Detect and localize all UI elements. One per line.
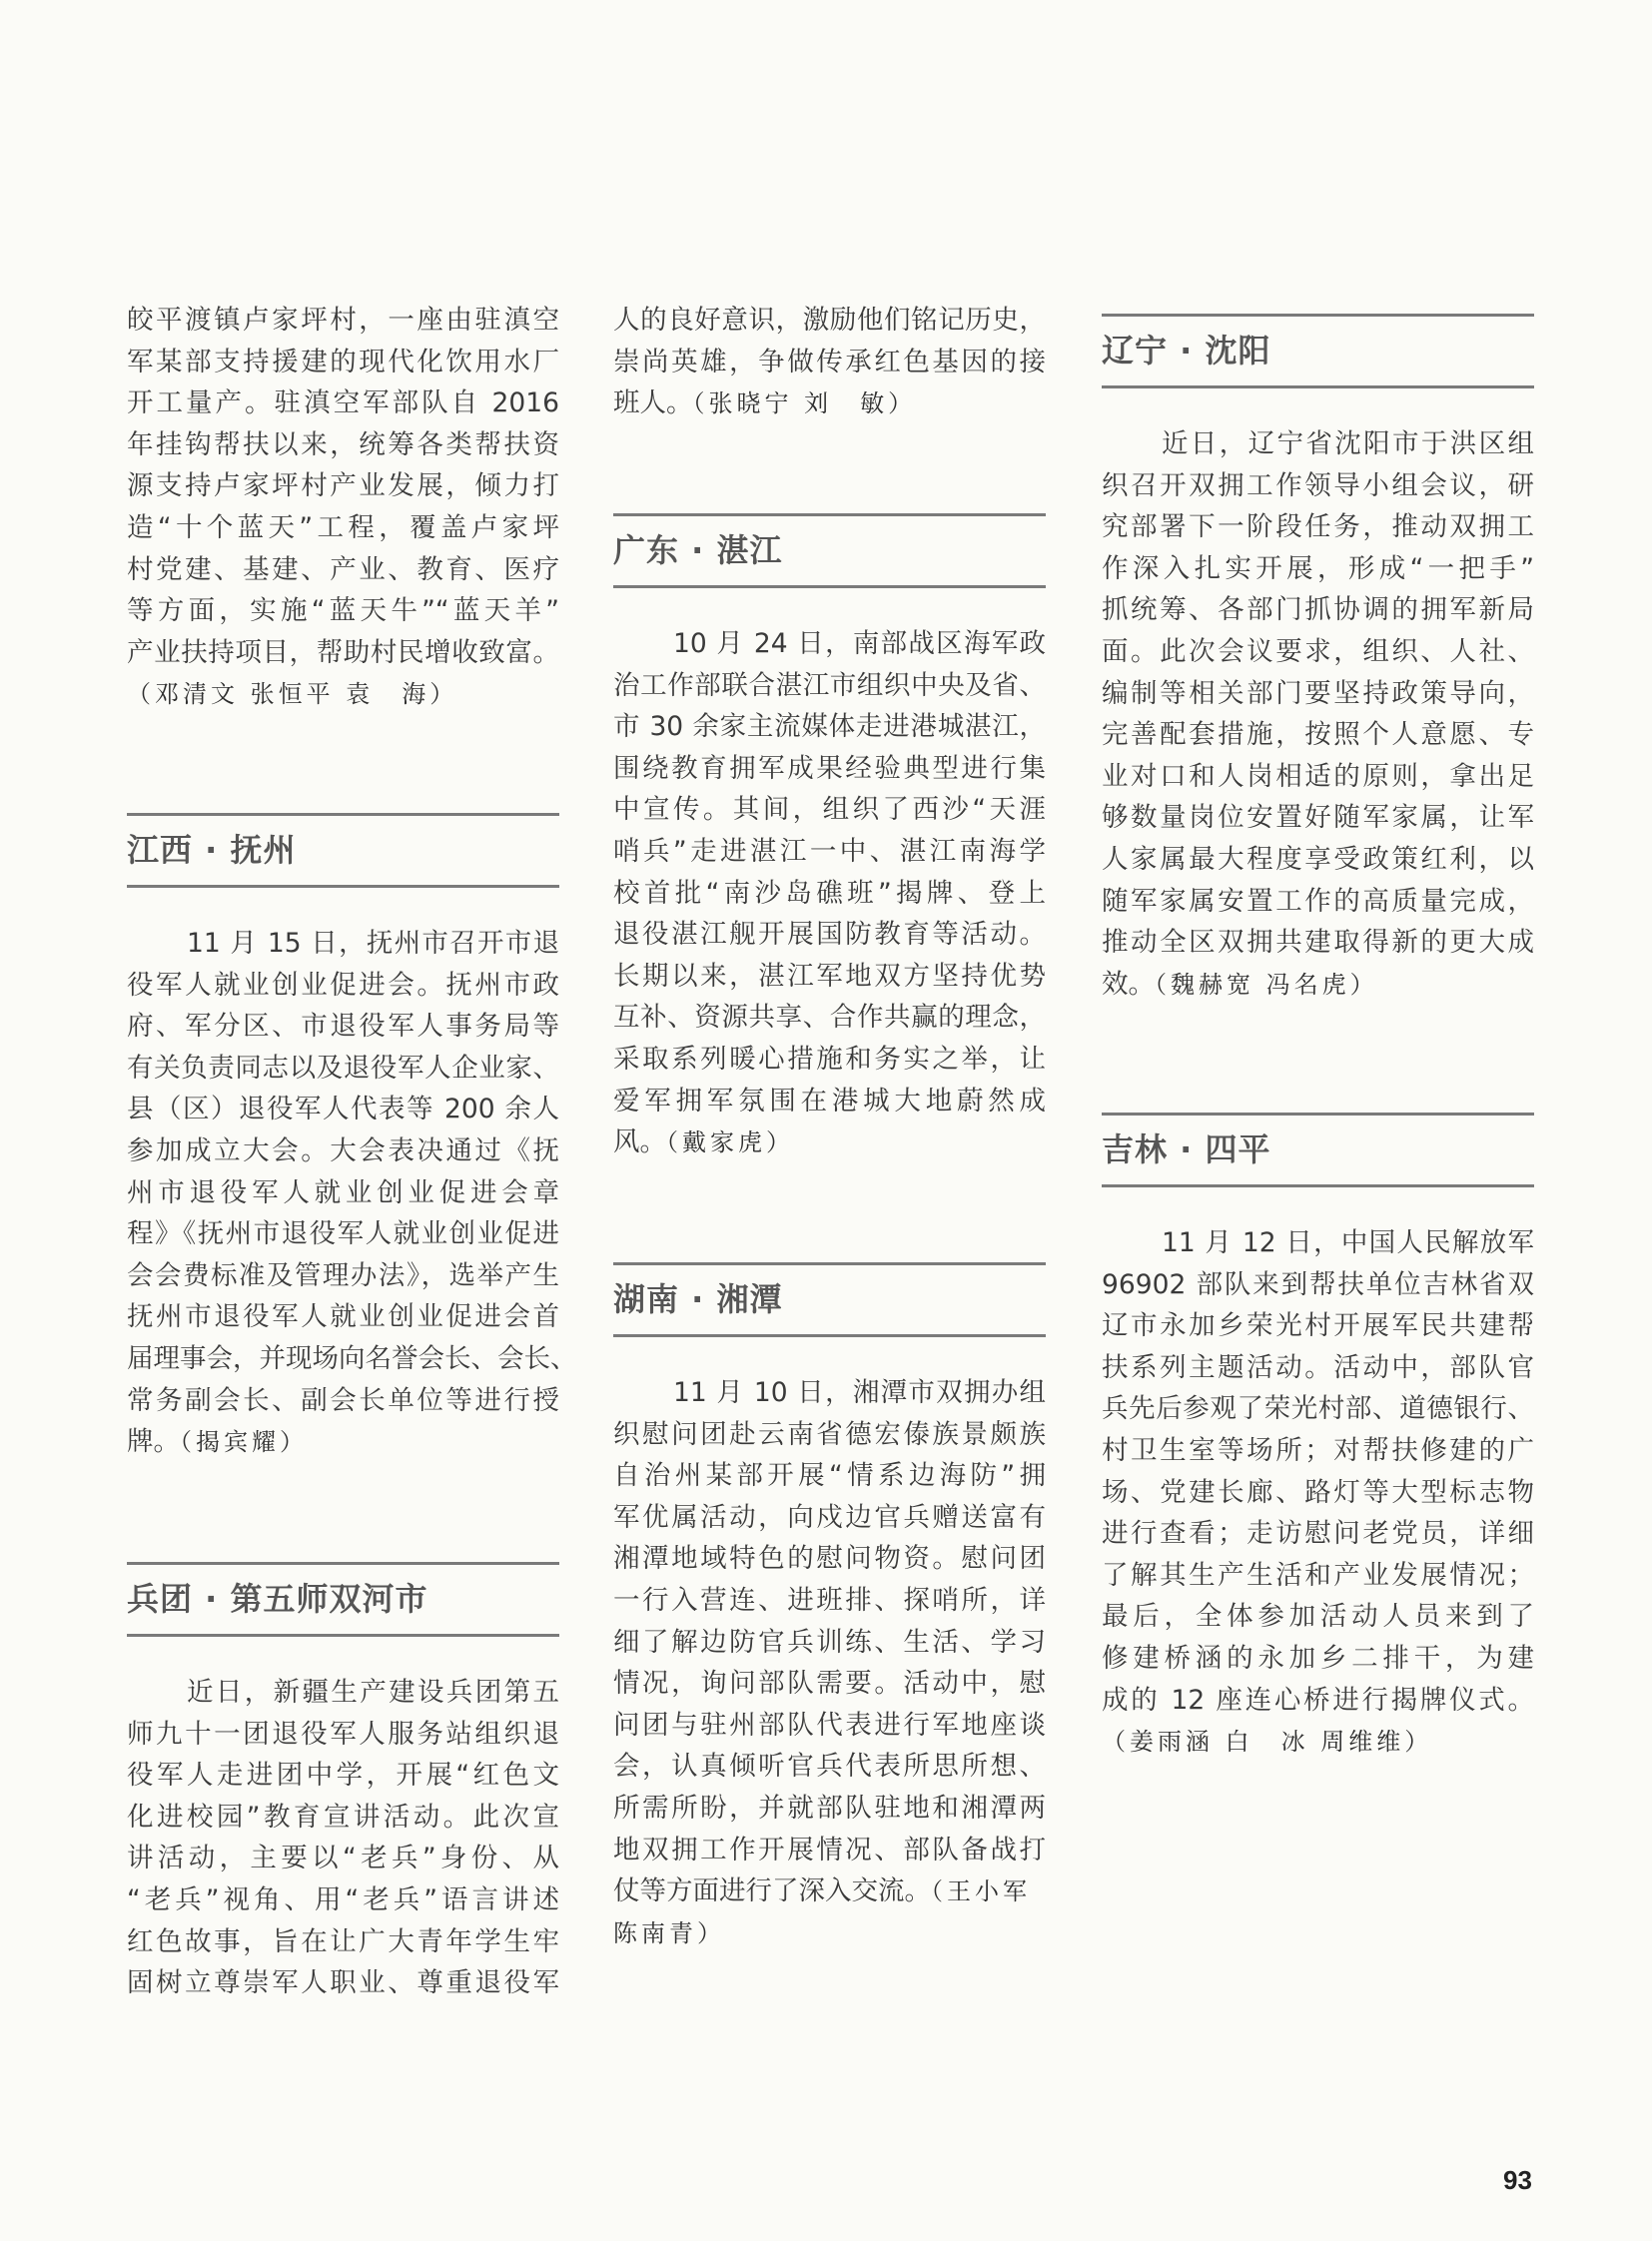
text-line: 作深入扎实开展，形成“一把手” — [1102, 548, 1534, 590]
text-line: 一行入营连、进班排、探哨所，详 — [613, 1580, 1046, 1622]
text-line: 近日，新疆生产建设兵团第五 — [127, 1672, 559, 1714]
text-line: 织慰问团赴云南省德宏傣族景颇族 — [613, 1414, 1046, 1456]
text-line: 中宣传。其间，组织了西沙“天涯 — [613, 789, 1046, 831]
text-line: 年挂钩帮扶以来，统筹各类帮扶资 — [127, 424, 559, 466]
text-line: 推动全区双拥共建取得新的更大成 — [1102, 922, 1534, 964]
author-names: （张晓宁 刘 敏） — [693, 389, 917, 417]
section-title: 兵团 · 第五师双河市 — [127, 1579, 427, 1619]
text-line: “老兵”视角、用“老兵”语言讲述 — [127, 1879, 559, 1921]
author-names: （戴家虎） — [666, 1128, 794, 1156]
section-title: 湖南 · 湘潭 — [613, 1279, 782, 1319]
article-bingtuan-shuanghe: 近日，新疆生产建设兵团第五 师九十一团退役军人服务站组织退 役军人走进团中学，开… — [127, 1672, 559, 2004]
text-line: 近日，辽宁省沈阳市于洪区组 — [1102, 423, 1534, 465]
text-line: 牌。（揭宾耀） — [127, 1421, 559, 1463]
text-line: 固树立尊崇军人职业、尊重退役军 — [127, 1962, 559, 2004]
text-line: 校首批“南沙岛礁班”揭牌、登上 — [613, 873, 1046, 915]
text-line: 爱军拥军氛围在港城大地蔚然成 — [613, 1081, 1046, 1122]
text-line: 编制等相关部门要坚持政策导向， — [1102, 673, 1534, 715]
section-header-hunan-xiangtan: 湖南 · 湘潭 — [613, 1262, 1046, 1337]
text-line: 11 月 12 日，中国人民解放军 — [1102, 1222, 1534, 1264]
text-line: 效。（魏赫宽 冯名虎） — [1102, 964, 1534, 1006]
text-line: 退役湛江舰开展国防教育等活动。 — [613, 914, 1046, 956]
text-line: 程》《抚州市退役军人就业创业促进 — [127, 1213, 559, 1255]
text-line: 役军人走进团中学，开展“红色文 — [127, 1755, 559, 1797]
byline: （姜雨涵 白 冰 周维维） — [1102, 1721, 1534, 1763]
text-line: 10 月 24 日，南部战区海军政 — [613, 623, 1046, 665]
text-line: 班人。（张晓宁 刘 敏） — [613, 382, 1046, 424]
text-line: 人的良好意识，激励他们铭记历史， — [613, 300, 1046, 342]
text-line: 围绕教育拥军成果经验典型进行集 — [613, 748, 1046, 790]
section-title: 吉林 · 四平 — [1102, 1129, 1270, 1169]
section-header-jilin-siping: 吉林 · 四平 — [1102, 1113, 1534, 1187]
text-line: 扶系列主题活动。活动中，部队官 — [1102, 1347, 1534, 1389]
section-title: 广东 · 湛江 — [613, 530, 782, 570]
author-names: （邓清文 张恒平 袁 海） — [127, 680, 457, 708]
text-line: 届理事会，并现场向名誉会长、会长、 — [127, 1338, 559, 1380]
author-names: （揭宾耀） — [180, 1428, 308, 1456]
text-line: 红色故事，旨在让广大青年学生牢 — [127, 1921, 559, 1963]
text-line: 细了解边防官兵训练、生活、学习 — [613, 1622, 1046, 1664]
text-line: 等方面，实施“蓝天牛”“蓝天羊” — [127, 590, 559, 632]
text-line: 11 月 15 日，抚州市召开市退 — [127, 923, 559, 965]
text-line: 常务副会长、副会长单位等进行授 — [127, 1380, 559, 1422]
article-hunan-xiangtan: 11 月 10 日，湘潭市双拥办组 织慰问团赴云南省德宏傣族景颇族 自治州某部开… — [613, 1372, 1046, 1953]
last-line-text: 效。 — [1102, 969, 1155, 1000]
section-header-guangdong-zhanjiang: 广东 · 湛江 — [613, 513, 1046, 588]
text-line: 进行查看；走访慰问老党员，详细 — [1102, 1513, 1534, 1555]
last-line-text: 仗等方面进行了深入交流。 — [613, 1875, 931, 1906]
text-line: 所需所盼，并就部队驻地和湘潭两 — [613, 1788, 1046, 1830]
text-line: 随军家属安置工作的高质量完成， — [1102, 881, 1534, 923]
text-line: 崇尚英雄，争做传承红色基因的接 — [613, 342, 1046, 383]
text-line: 成的 12 座连心桥进行揭牌仪式。 — [1102, 1680, 1534, 1722]
text-line: 11 月 10 日，湘潭市双拥办组 — [613, 1372, 1046, 1414]
article-jilin-siping: 11 月 12 日，中国人民解放军 96902 部队来到帮扶单位吉林省双 辽市永… — [1102, 1222, 1534, 1763]
text-line: 自治州某部开展“情系边海防”拥 — [613, 1455, 1046, 1497]
text-line: 军某部支持援建的现代化饮用水厂 — [127, 342, 559, 383]
text-line: 地双拥工作开展情况、部队备战打 — [613, 1830, 1046, 1871]
text-line: 造“十个蓝天”工程，覆盖卢家坪 — [127, 507, 559, 549]
article-liaoning-shenyang: 近日，辽宁省沈阳市于洪区组 织召开双拥工作领导小组会议，研 究部署下一阶段任务，… — [1102, 423, 1534, 1005]
text-line: 师九十一团退役军人服务站组织退 — [127, 1714, 559, 1756]
byline-continued: 陈南青） — [613, 1912, 1046, 1954]
text-line: 开工量产。驻滇空军部队自 2016 — [127, 382, 559, 424]
text-line: 96902 部队来到帮扶单位吉林省双 — [1102, 1264, 1534, 1306]
article-guangdong-zhanjiang: 10 月 24 日，南部战区海军政 治工作部联合湛江市组织中央及省、 市 30 … — [613, 623, 1046, 1163]
text-line: 参加成立大会。大会表决通过《抚 — [127, 1130, 559, 1172]
text-line: 采取系列暖心措施和务实之举，让 — [613, 1039, 1046, 1081]
text-line: 人家属最大程度享受政策红利，以 — [1102, 839, 1534, 881]
author-names: （姜雨涵 白 冰 周维维） — [1102, 1728, 1432, 1756]
text-line: 辽市永加乡荣光村开展军民共建帮 — [1102, 1305, 1534, 1347]
text-line: 化进校园”教育宣讲活动。此次宣 — [127, 1797, 559, 1839]
last-line-text: 班人。 — [613, 387, 693, 418]
page-number: 93 — [1503, 2165, 1532, 2196]
text-line: 市 30 余家主流媒体走进港城湛江， — [613, 706, 1046, 748]
text-line: 哨兵”走进湛江一中、湛江南海学 — [613, 831, 1046, 873]
text-line: 兵先后参观了荣光村部、道德银行、 — [1102, 1388, 1534, 1430]
text-line: 织召开双拥工作领导小组会议，研 — [1102, 465, 1534, 507]
text-line: 皎平渡镇卢家坪村，一座由驻滇空 — [127, 300, 559, 342]
text-line: 最后，全体参加活动人员来到了 — [1102, 1596, 1534, 1638]
text-line: 了解其生产生活和产业发展情况； — [1102, 1555, 1534, 1597]
text-line: 情况，询问部队需要。活动中，慰 — [613, 1663, 1046, 1705]
text-line: 村党建、基建、产业、教育、医疗 — [127, 549, 559, 591]
byline: （邓清文 张恒平 袁 海） — [127, 673, 559, 715]
text-line: 州市退役军人就业创业促进会章 — [127, 1172, 559, 1214]
text-line: 治工作部联合湛江市组织中央及省、 — [613, 665, 1046, 707]
text-line: 仗等方面进行了深入交流。（王小军 — [613, 1870, 1046, 1912]
text-line: 会，认真倾听官兵代表所思所想、 — [613, 1746, 1046, 1788]
last-line-text: 牌。 — [127, 1426, 180, 1457]
last-line-text: 风。 — [613, 1126, 666, 1157]
text-line: 府、军分区、市退役军人事务局等 — [127, 1006, 559, 1048]
text-line: 会会费标准及管理办法》，选举产生 — [127, 1255, 559, 1297]
text-line: 修建桥涵的永加乡二排干，为建 — [1102, 1638, 1534, 1680]
author-names: 陈南青） — [613, 1919, 725, 1947]
text-line: 业对口和人岗相适的原则，拿出足 — [1102, 756, 1534, 798]
text-line: 面。此次会议要求，组织、人社、 — [1102, 631, 1534, 673]
text-line: 产业扶持项目，帮助村民增收致富。 — [127, 632, 559, 674]
text-line: 村卫生室等场所；对帮扶修建的广 — [1102, 1430, 1534, 1472]
author-names: （王小军 — [931, 1877, 1031, 1905]
text-line: 抓统筹、各部门抓协调的拥军新局 — [1102, 589, 1534, 631]
text-line: 湘潭地域特色的慰问物资。慰问团 — [613, 1538, 1046, 1580]
text-line: 长期以来，湛江军地双方坚持优势 — [613, 956, 1046, 998]
text-line: 源支持卢家坪村产业发展，倾力打 — [127, 465, 559, 507]
author-names: （魏赫宽 冯名虎） — [1155, 971, 1378, 999]
text-line: 县（区）退役军人代表等 200 余人 — [127, 1089, 559, 1130]
text-line: 有关负责同志以及退役军人企业家、 — [127, 1048, 559, 1090]
text-line: 场、党建长廊、路灯等大型标志物 — [1102, 1472, 1534, 1514]
text-line: 役军人就业创业促进会。抚州市政 — [127, 965, 559, 1007]
article-jiangxi-fuzhou: 11 月 15 日，抚州市召开市退 役军人就业创业促进会。抚州市政 府、军分区、… — [127, 923, 559, 1463]
text-line: 够数量岗位安置好随军家属，让军 — [1102, 797, 1534, 839]
text-line: 风。（戴家虎） — [613, 1121, 1046, 1163]
section-header-liaoning-shenyang: 辽宁 · 沈阳 — [1102, 314, 1534, 388]
text-line: 讲活动，主要以“老兵”身份、从 — [127, 1838, 559, 1879]
article-continued-yunnan: 皎平渡镇卢家坪村，一座由驻滇空 军某部支持援建的现代化饮用水厂 开工量产。驻滇空… — [127, 300, 559, 715]
text-line: 究部署下一阶段任务，推动双拥工 — [1102, 506, 1534, 548]
article-continued-bingtuan: 人的良好意识，激励他们铭记历史， 崇尚英雄，争做传承红色基因的接 班人。（张晓宁… — [613, 300, 1046, 424]
text-line: 抚州市退役军人就业创业促进会首 — [127, 1296, 559, 1338]
text-line: 完善配套措施，按照个人意愿、专 — [1102, 714, 1534, 756]
text-line: 问团与驻州部队代表进行军地座谈 — [613, 1705, 1046, 1747]
text-line: 军优属活动，向戍边官兵赠送富有 — [613, 1497, 1046, 1539]
section-title: 江西 · 抚州 — [127, 830, 296, 870]
section-header-bingtuan-shuanghe: 兵团 · 第五师双河市 — [127, 1562, 559, 1637]
section-header-jiangxi-fuzhou: 江西 · 抚州 — [127, 813, 559, 888]
text-line: 互补、资源共享、合作共赢的理念， — [613, 997, 1046, 1039]
section-title: 辽宁 · 沈阳 — [1102, 331, 1270, 371]
